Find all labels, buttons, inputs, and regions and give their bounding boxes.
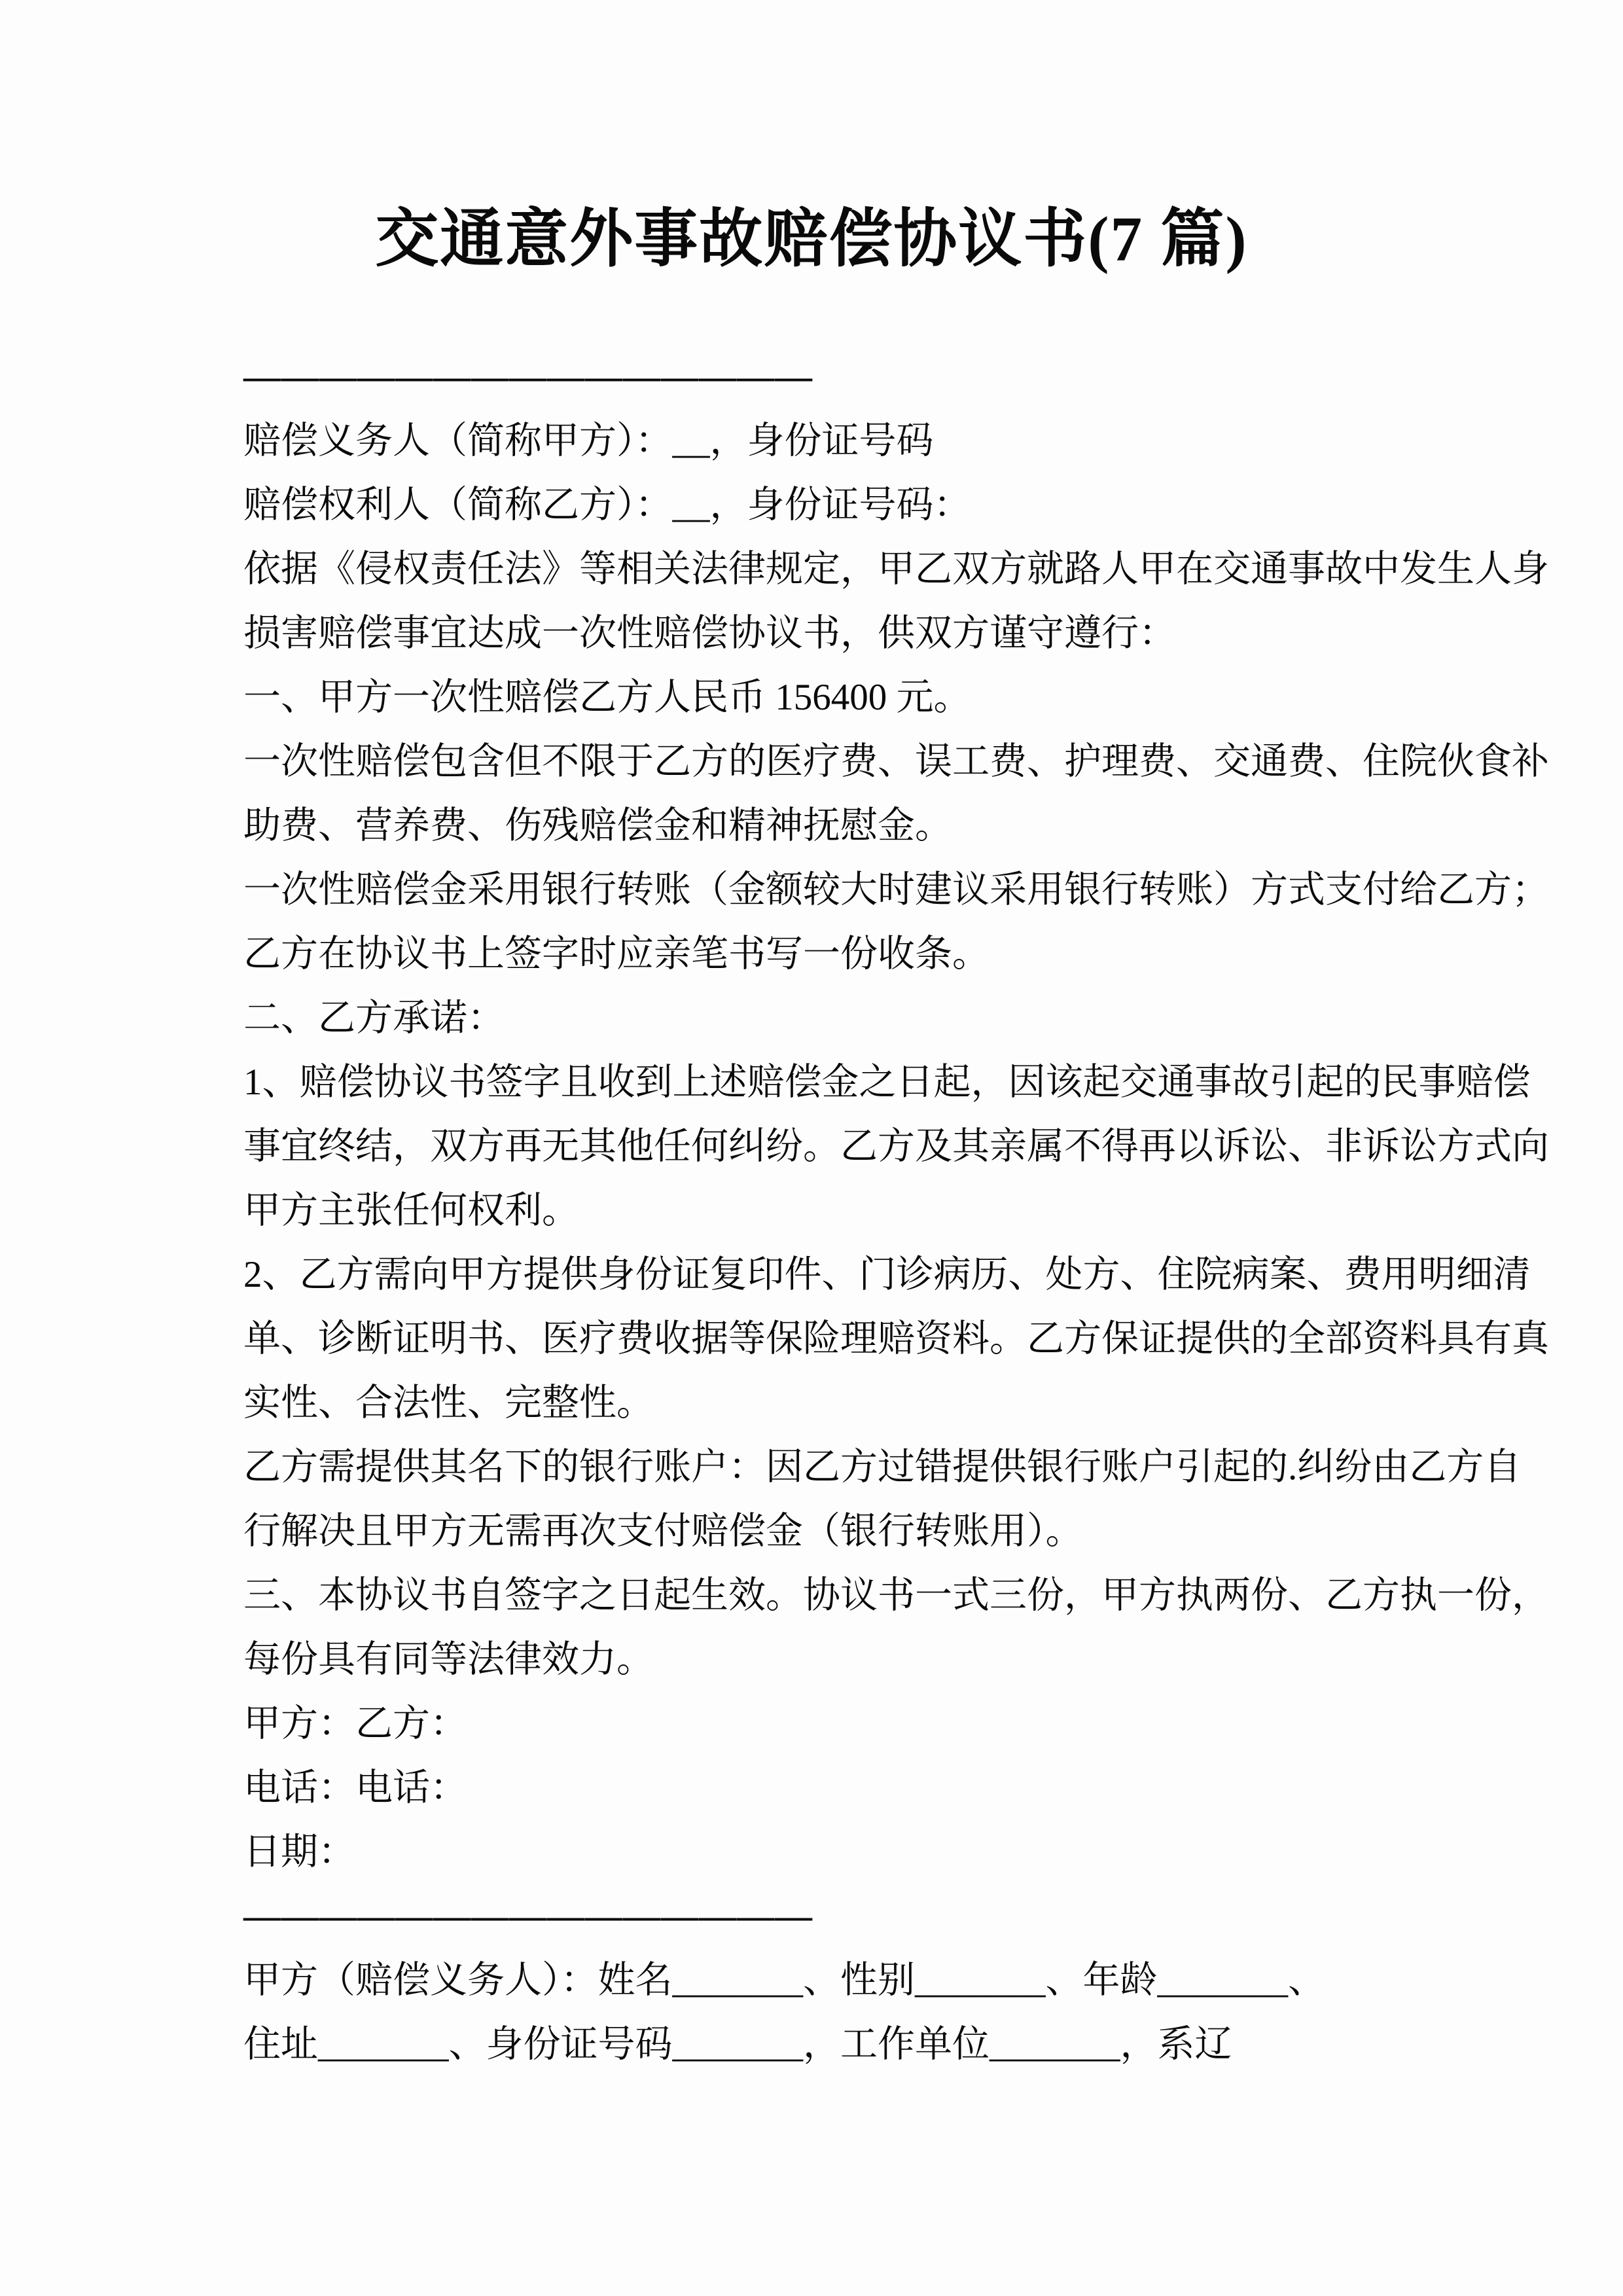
text-line: 2、乙方需向甲方提供身份证复印件、门诊病历、处方、住院病案、费用明细清 bbox=[243, 1243, 1421, 1307]
text-line: 行解决且甲方无需再次支付赔偿金（银行转账用）。 bbox=[243, 1499, 1421, 1564]
separator-line: ——————————————— bbox=[243, 1884, 1421, 1948]
separator-line: ——————————————— bbox=[243, 345, 1421, 409]
text-line: 损害赔偿事宜达成一次性赔偿协议书，供双方谨守遵行： bbox=[243, 601, 1421, 666]
text-line: 甲方主张任何权利。 bbox=[243, 1179, 1421, 1243]
text-line: 甲方（赔偿义务人）：姓名_______、性别_______、年龄_______、 bbox=[243, 1948, 1421, 2013]
text-line: 实性、合法性、完整性。 bbox=[243, 1371, 1421, 1435]
text-line: 每份具有同等法律效力。 bbox=[243, 1628, 1421, 1692]
text-line: 电话：电话： bbox=[243, 1756, 1421, 1820]
document-page: 交通意外事故赔偿协议书(7 篇) ——————————————— 赔偿义务人（简… bbox=[0, 0, 1623, 2296]
text-line: 一次性赔偿包含但不限于乙方的医疗费、误工费、护理费、交通费、住院伙食补 bbox=[243, 730, 1421, 794]
text-line: 住址_______、身份证号码_______，工作单位_______，系辽 bbox=[243, 2013, 1421, 2077]
text-line: 二、乙方承诺： bbox=[243, 986, 1421, 1050]
text-line: 赔偿义务人（简称甲方）：__，身份证号码 bbox=[243, 409, 1421, 473]
text-line: 1、赔偿协议书签字且收到上述赔偿金之日起，因该起交通事故引起的民事赔偿 bbox=[243, 1050, 1421, 1115]
text-line: 甲方：乙方： bbox=[243, 1692, 1421, 1756]
text-line: 单、诊断证明书、医疗费收据等保险理赔资料。乙方保证提供的全部资料具有真 bbox=[243, 1307, 1421, 1371]
text-line: 三、本协议书自签字之日起生效。协议书一式三份，甲方执两份、乙方执一份， bbox=[243, 1564, 1421, 1628]
text-line: 一、甲方一次性赔偿乙方人民币 156400 元。 bbox=[243, 666, 1421, 730]
text-line: 乙方需提供其名下的银行账户：因乙方过错提供银行账户引起的.纠纷由乙方自 bbox=[243, 1435, 1421, 1499]
text-line: 日期： bbox=[243, 1820, 1421, 1884]
text-line: 一次性赔偿金采用银行转账（金额较大时建议采用银行转账）方式支付给乙方； bbox=[243, 858, 1421, 922]
text-line: 依据《侵权责任法》等相关法律规定，甲乙双方就路人甲在交通事故中发生人身 bbox=[243, 537, 1421, 601]
document-title: 交通意外事故赔偿协议书(7 篇) bbox=[0, 187, 1623, 279]
document-body: ——————————————— 赔偿义务人（简称甲方）：__，身份证号码 赔偿权… bbox=[243, 345, 1421, 2077]
text-line: 赔偿权利人（简称乙方）：__，身份证号码： bbox=[243, 473, 1421, 537]
text-line: 乙方在协议书上签字时应亲笔书写一份收条。 bbox=[243, 922, 1421, 986]
text-line: 事宜终结，双方再无其他任何纠纷。乙方及其亲属不得再以诉讼、非诉讼方式向 bbox=[243, 1115, 1421, 1179]
text-line: 助费、营养费、伤残赔偿金和精神抚慰金。 bbox=[243, 794, 1421, 858]
